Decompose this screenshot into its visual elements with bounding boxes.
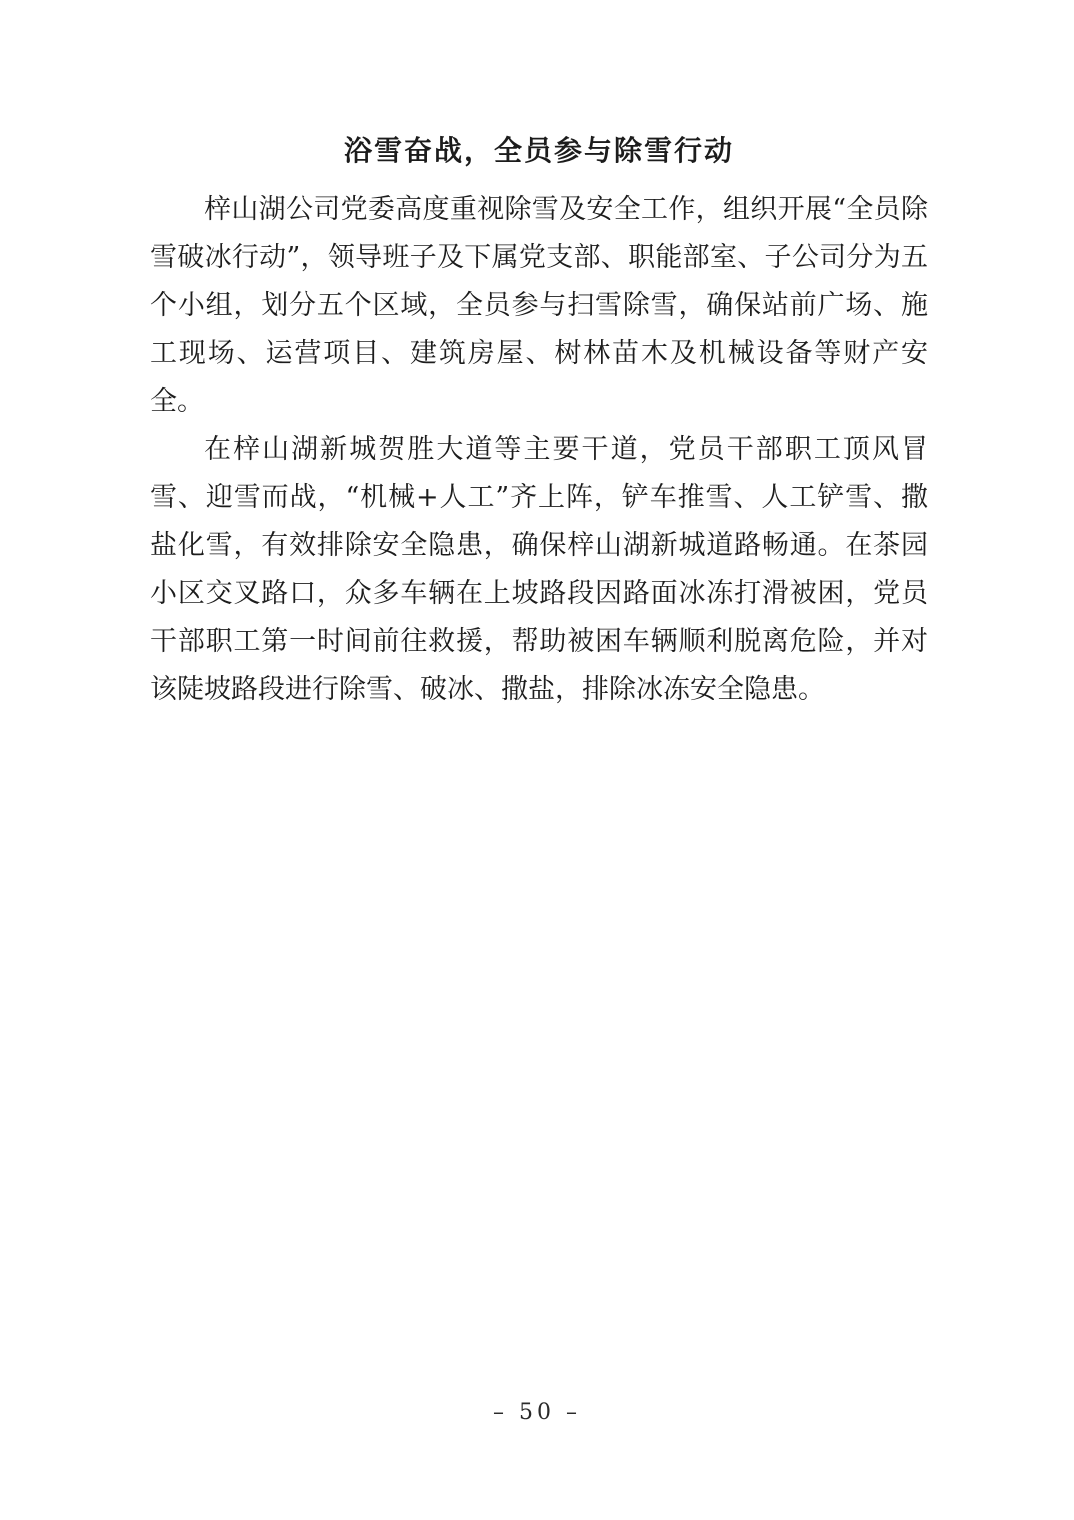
page-number: – 50 – bbox=[0, 1398, 1074, 1428]
document-page: 浴雪奋战，全员参与除雪行动 梓山湖公司党委高度重视除雪及安全工作，组织开展“全员… bbox=[0, 0, 1074, 1520]
paragraph-1: 梓山湖公司党委高度重视除雪及安全工作，组织开展“全员除雪破冰行动”，领导班子及下… bbox=[150, 186, 928, 426]
paragraph-2: 在梓山湖新城贺胜大道等主要干道，党员干部职工顶风冒雪、迎雪而战，“机械+人工”齐… bbox=[150, 426, 928, 714]
document-title: 浴雪奋战，全员参与除雪行动 bbox=[150, 126, 928, 176]
document-body: 浴雪奋战，全员参与除雪行动 梓山湖公司党委高度重视除雪及安全工作，组织开展“全员… bbox=[150, 126, 928, 714]
